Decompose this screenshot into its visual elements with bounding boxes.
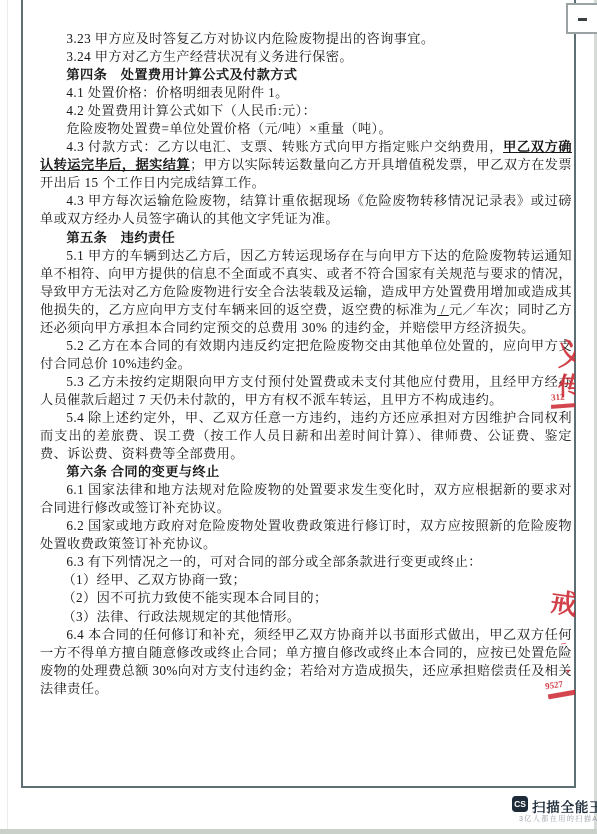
camscanner-subtitle: 3亿人都在用的扫描App (519, 814, 597, 824)
clause-6-3-item-3: （3）法律、行政法规规定的其他情形。 (40, 608, 572, 626)
page-bottom-edge (21, 786, 576, 788)
scan-left-shadow (7, 0, 8, 834)
page-left-edge (21, 0, 23, 787)
clause-6-4: 6.4 本合同的任何修订和补充，须经甲乙双方协商并以书面形式做出，甲乙双方任何一… (40, 626, 572, 698)
clause-5-2: 5.2 乙方在本合同的有效期内违反约定把危险废物交由其他单位处置的，应向甲方支付… (40, 337, 572, 373)
clause-3-24: 3.24 甲方对乙方生产经营状况有义务进行保密。 (40, 48, 572, 66)
clause-4-3-weighing: 4.3 甲方每次运输危险废物，结算计重依据现场《危险废物转移情况记录表》或过磅单… (40, 192, 572, 228)
contract-page-text: 3.23 甲方应及时答复乙方对协议内危险废物提出的咨询事宜。3.24 甲方对乙方… (40, 30, 572, 698)
clause-5-1: 5.1 甲方的车辆到达乙方后，因乙方转运现场存在与向甲方下达的危险废物转运通知单… (40, 247, 572, 337)
clause-4-1: 4.1 处置价格：价格明细表见附件 1。 (40, 84, 572, 102)
clause-6-3-item-1: （1）经甲、乙双方协商一致； (40, 571, 572, 589)
clause-3-23: 3.23 甲方应及时答复乙方对协议内危险废物提出的咨询事宜。 (40, 30, 572, 48)
clause-4-2: 4.2 处置费用计算公式如下（人民币:元）： (40, 102, 572, 120)
clause-6-3: 6.3 有下列情况之一的，可对合同的部分或全部条款进行变更或终止： (40, 553, 572, 571)
clause-5-4: 5.4 除上述约定外，甲、乙双方任意一方违约，违约方还应承担对方因维护合同权利而… (40, 409, 572, 463)
camscanner-watermark: CS 扫描全能王™ 3亿人都在用的扫描App (506, 794, 596, 828)
heading-article-5: 第五条 违约责任 (40, 229, 572, 247)
camscanner-logo-icon: CS (512, 796, 528, 812)
minimize-icon (578, 18, 587, 21)
heading-article-4: 第四条 处置费用计算公式及付款方式 (40, 66, 572, 84)
clause-5-3: 5.3 乙方未按约定期限向甲方支付预付处置费或未支付其他应付费用，且经甲方经办人… (40, 373, 572, 409)
camscanner-title: 扫描全能王™ (532, 796, 597, 816)
clause-6-3-item-2: （2）因不可抗力致使不能实现本合同目的； (40, 589, 572, 607)
page-right-edge (574, 0, 576, 787)
image-bottom-border (0, 829, 597, 834)
heading-article-6: 第六条 合同的变更与终止 (40, 463, 572, 481)
clause-4-3-payment: 4.3 付款方式：乙方以电汇、支票、转账方式向甲方指定账户交纳费用，甲乙双方确认… (40, 138, 572, 192)
clause-4-2-formula: 危险废物处置费=单位处置价格（元/吨）×重量（吨）。 (40, 120, 572, 138)
clause-6-2: 6.2 国家或地方政府对危险废物处置收费政策进行修订时，双方应按照新的危险废物处… (40, 517, 572, 553)
clause-6-1: 6.1 国家法律和地方法规对危险废物的处置要求发生变化时，双方应根据新的要求对合… (40, 481, 572, 517)
